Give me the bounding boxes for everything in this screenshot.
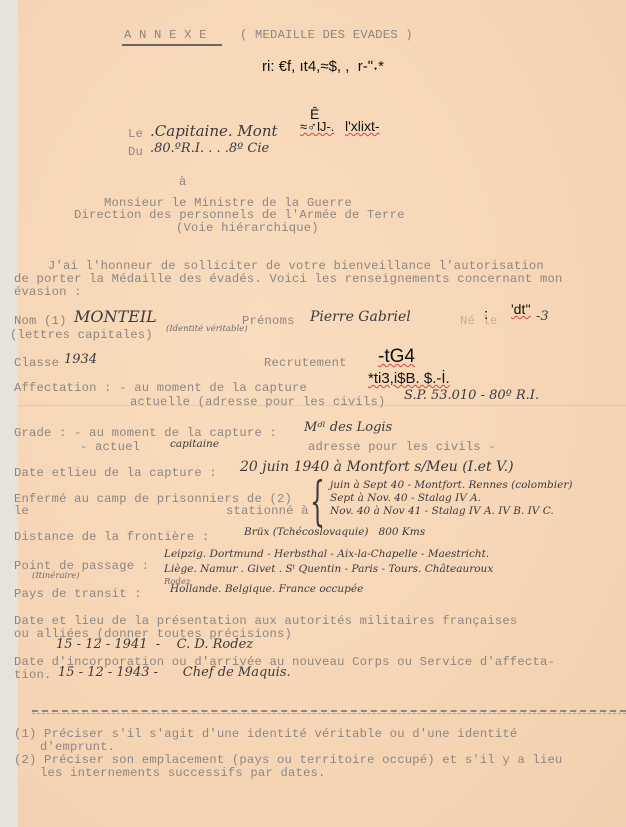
grade-actuel-value: capitaine xyxy=(170,438,219,450)
recipient-line-2: Direction des personnels de l'Armée de T… xyxy=(74,208,405,222)
footnote-1-line-2: d'emprunt. xyxy=(40,740,115,754)
le-overlay-fragment-text: ≈♂Ĳ-. xyxy=(300,119,334,134)
recrutement-overlay: -tG4 xyxy=(378,346,415,368)
affectation-label: Affectation : - au moment de la capture xyxy=(14,381,307,395)
ne-label: Né le xyxy=(460,314,498,328)
recipient-line-3: (Voie hiérarchique) xyxy=(176,221,319,235)
recipient-a: à xyxy=(179,175,187,189)
ne-overlay: 'dt'' xyxy=(511,301,531,317)
le-overlay-name-text: l'xlixt- xyxy=(345,118,380,134)
transit-value: Hollande. Belgique. France occupée xyxy=(170,583,363,595)
grade-civils-label: adresse pour les civils - xyxy=(308,440,496,454)
camp-entry-1: juin à Sept 40 - Montfort. Rennes (colom… xyxy=(330,479,572,491)
prenoms-label: Prénoms xyxy=(242,314,295,328)
capture-value: 20 juin 1940 à Montfort s/Meu (I.et V.) xyxy=(240,459,514,475)
ne-overlay-text: 'dt'' xyxy=(511,301,531,317)
du-value: .80.ºR.I. . . .8º Cie xyxy=(150,141,269,156)
ne-overlay-colon: : xyxy=(484,306,488,323)
annexe-title: A N N E X E xyxy=(124,28,207,42)
classe-value: 1934 xyxy=(64,352,97,367)
camp-label-line-2: le xyxy=(14,504,29,518)
passage-sublabel: (Itinéraire) xyxy=(32,571,80,581)
transit-label: Pays de transit : xyxy=(14,587,142,601)
distance-value: Brüx (Tchécoslovaquie) 800 Kms xyxy=(244,526,425,538)
affectation-overlay: *ti3,i$B. $.-İ. xyxy=(368,370,450,387)
ne-value-tail: -3 xyxy=(536,309,549,324)
lettres-label: (lettres capitales) xyxy=(10,328,153,342)
recrutement-label: Recrutement xyxy=(264,356,347,370)
le-overlay-name: l'xlixt- xyxy=(345,118,380,134)
distance-label: Distance de la frontière : xyxy=(14,530,209,544)
affectation-overlay-text: *ti3,i$B. $.-İ. xyxy=(368,370,450,387)
nom-value: MONTEIL xyxy=(74,307,157,326)
capture-label: Date etlieu de la capture : xyxy=(14,466,217,480)
date-overlay-text: ri: €f, ıt4,≈$, , r-ʺ˖* xyxy=(262,58,384,75)
camp-entry-2: Sept à Nov. 40 - Stalag IV A. xyxy=(330,492,481,504)
separator-rule xyxy=(32,710,626,714)
affectation-actuelle-value: S.P. 53.010 - 80º R.I. xyxy=(404,388,539,403)
camp-label-stationne: stationné à xyxy=(226,504,309,518)
grade-label: Grade : - au moment de la capture : xyxy=(14,426,277,440)
passage-line-2: Liège. Namur . Givet . Sᵗ Quentin - Pari… xyxy=(164,563,493,575)
passage-line-1: Leipzig. Dortmund - Herbsthal - Aix-la-C… xyxy=(164,548,489,560)
grade-actuel-label: - actuel xyxy=(80,440,140,454)
incorporation-line-2: tion. xyxy=(14,668,52,682)
camp-entry-3: Nov. 40 à Nov 41 - Stalag IV A. IV B. IV… xyxy=(330,505,554,517)
le-value: .Capitaine. Mont xyxy=(150,122,278,140)
annexe-underline xyxy=(122,44,222,46)
le-overlay-fragment: ≈♂Ĳ-. xyxy=(300,119,334,134)
du-label: Du xyxy=(128,145,143,159)
camp-brace: { xyxy=(310,476,325,528)
annexe-subtitle: ( MEDAILLE DES EVADES ) xyxy=(240,28,413,42)
recrutement-overlay-text: -tG4 xyxy=(378,346,415,367)
intro-line-3: évasion : xyxy=(14,285,82,299)
presentation-value: 15 - 12 - 1941 - C. D. Rodez xyxy=(56,637,253,652)
grade-capture-value: Mᵈˡ des Logis xyxy=(304,420,392,435)
classe-label: Classe xyxy=(14,356,59,370)
presentation-line-1: Date et lieu de la présentation aux auto… xyxy=(14,614,517,628)
affectation-actuelle-label: actuelle (adresse pour les civils) xyxy=(130,395,385,409)
identite-note: (Identité véritable) xyxy=(166,324,248,334)
nom-label: Nom (1) xyxy=(14,314,67,328)
intro-line-1: J'ai l'honneur de solliciter de votre bi… xyxy=(48,259,544,273)
prenoms-value: Pierre Gabriel xyxy=(310,309,411,325)
intro-line-2: de porter la Médaille des évadés. Voici … xyxy=(14,272,563,286)
footnote-1-line-1: (1) Préciser s'il s'agit d'une identité … xyxy=(14,727,517,741)
footnote-2-line-2: les internements successifs par dates. xyxy=(40,766,326,780)
incorporation-value: 15 - 12 - 1943 - Chef de Maquis. xyxy=(58,665,291,680)
date-overlay-value: ri: €f, ıt4,≈$, , r-ʺ˖* xyxy=(262,58,384,75)
le-label: Le xyxy=(128,127,143,141)
footnote-2-line-1: (2) Préciser son emplacement (pays ou te… xyxy=(14,753,563,767)
